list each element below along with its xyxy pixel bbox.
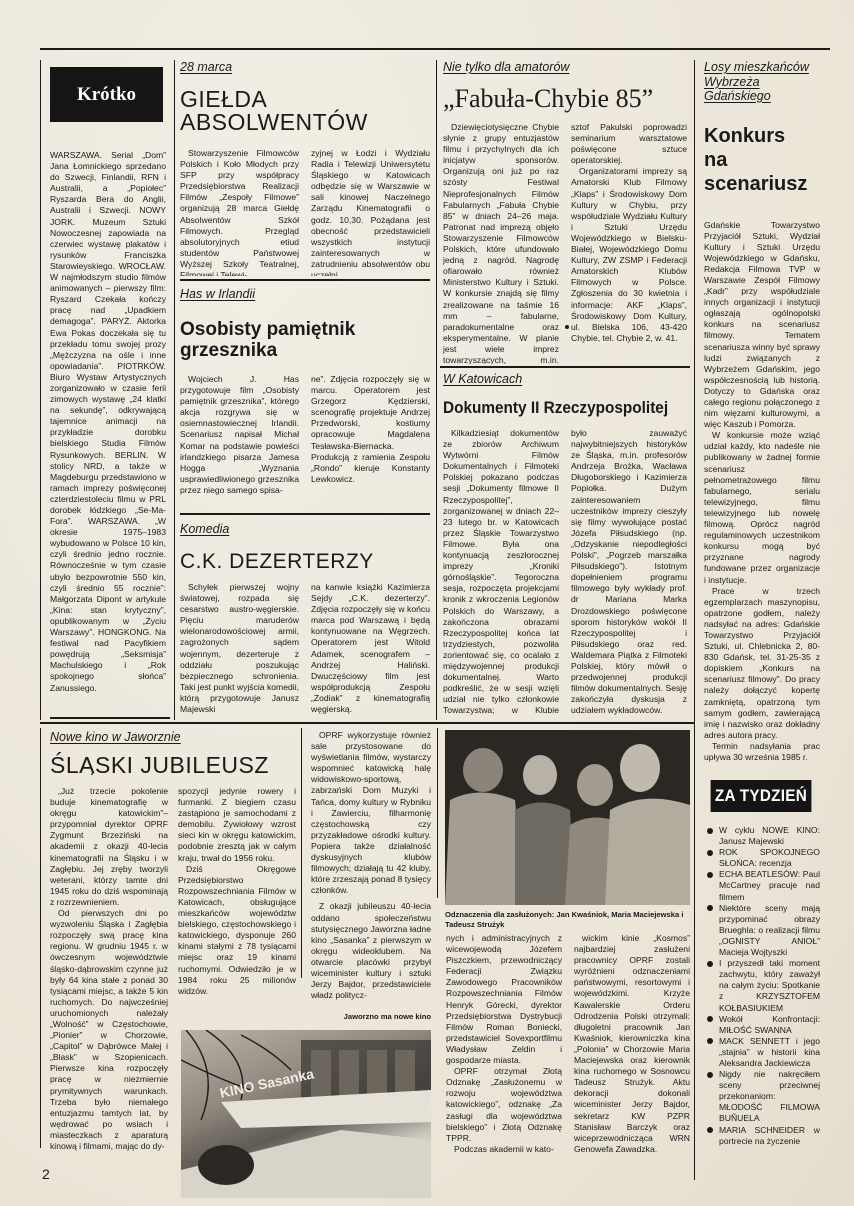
article-kicker: Nie tylko dla amatorów <box>443 60 687 74</box>
list-item: ECHA BEATLESÓW: Paul McCartney pracuje n… <box>706 869 820 902</box>
body-paragraph: „Już trzecie pokolenie buduje kinematogr… <box>50 786 168 908</box>
magazine-page: Krótko WARSZAWA. Serial „Dom” Jana Łomni… <box>0 0 854 1206</box>
body-column: Stowarzyszenie Filmowców Polskich i Koło… <box>180 148 299 276</box>
jubileusz-col2: spozycji jedynie rowery i furmanki. Z bi… <box>178 786 296 996</box>
column-divider <box>40 728 41 1148</box>
column-divider <box>40 60 41 720</box>
krotko-text: WARSZAWA. Serial „Dom” Jana Łomnickiego … <box>50 150 166 694</box>
photo-caption: Odznaczenia dla zasłużonych: Jan Kwaśnio… <box>445 910 690 929</box>
page-number: 2 <box>42 1166 50 1182</box>
bullet-dot <box>565 325 569 329</box>
za-tydzien-list: W cyklu NOWE KINO: Janusz Majewski ROK S… <box>706 825 820 1147</box>
list-item: MACK SENNETT i jego „stajnia” w historii… <box>706 1036 820 1069</box>
body-paragraph: Termin nadsyłania prac upływa 30 wrześni… <box>704 741 820 763</box>
body-paragraph: Dziś Okręgowe Przedsiębiorstwo Rozpowsze… <box>178 864 296 996</box>
article-title: „Fabuła-Chybie 85” <box>443 84 687 114</box>
title-line: grzesznika <box>180 340 277 361</box>
column-divider <box>301 728 302 978</box>
body-column: ne”. Zdjęcia rozpoczęły się w marcu. Ope… <box>311 374 430 485</box>
title-line: Konkurs <box>704 125 785 147</box>
body-paragraph: Gdańskie Towarzystwo Przyjaciół Sztuki, … <box>704 220 820 431</box>
section-rule <box>40 722 694 724</box>
section-rule <box>180 513 430 515</box>
kicker-line: Losy mieszkańców <box>704 60 809 74</box>
section-rule <box>50 717 170 719</box>
article-has: Has w Irlandii Osobisty pamiętnik grzesz… <box>180 287 430 511</box>
article-kicker: Nowe kino w Jaworznie <box>50 730 300 744</box>
body-paragraph: nych i administracyjnych z wicewojewodą … <box>446 933 562 1066</box>
za-tydzien-banner: ZA TYDZIEŃ <box>711 780 812 812</box>
article-kicker: Komedia <box>180 522 430 536</box>
krotko-banner: Krótko <box>50 67 163 122</box>
cinema-building-illustration: KINO Sasanka <box>181 1030 431 1198</box>
body-paragraph: OPRF otrzymał Złotą Odznakę „Zasłużonemu… <box>446 1066 562 1144</box>
article-title: Konkurs na scenariusz <box>704 124 820 196</box>
body-column: Schyłek pierwszej wojny światowej, rozpa… <box>180 582 299 715</box>
title-line: Osobisty pamiętnik <box>180 319 355 340</box>
article-jubileusz-header: Nowe kino w Jaworznie ŚLĄSKI JUBILEUSZ <box>50 730 300 775</box>
ceremony-illustration <box>445 730 690 905</box>
article-body: Wojciech J. Has przygotowuje film „Osobi… <box>180 374 430 496</box>
jubileusz-col3: OPRF wykorzystuje również sale przystoso… <box>311 730 431 1005</box>
article-kicker: Losy mieszkańców Wybrzeża Gdańskiego <box>704 60 820 104</box>
cinema-photo: KINO Sasanka <box>181 1030 431 1198</box>
za-tydzien-list-box: W cyklu NOWE KINO: Janusz Majewski ROK S… <box>706 825 820 1185</box>
body-column: Organizatorami imprezy są Amatorski Klub… <box>571 166 687 344</box>
body-column: było zauważyć najwybitniejszych historyk… <box>571 428 687 716</box>
article-kicker: Has w Irlandii <box>180 287 430 301</box>
body-column: Wojciech J. Has przygotowuje film „Osobi… <box>180 374 299 496</box>
list-item: ROK SPOKOJNEGO SŁOŃCA: recenzja <box>706 847 820 869</box>
jubileusz-col1: „Już trzecie pokolenie buduje kinematogr… <box>50 786 168 1166</box>
jubileusz-col4: nych i administracyjnych z wicewojewodą … <box>446 933 562 1193</box>
article-dokumenty: W Katowicach Dokumenty II Rzeczypospolit… <box>443 372 687 717</box>
jubileusz-col5: wickim kinie „Kosmos” najbardziej zasłuż… <box>574 933 690 1193</box>
body-column: Kilkadziesiąt dokumentów ze zbiorów Arch… <box>443 428 559 717</box>
title-line: scenariusz <box>704 173 807 195</box>
article-kicker: 28 marca <box>180 60 430 74</box>
body-column: sztof Pakulski poprowadzi seminarium war… <box>571 122 687 166</box>
body-paragraph: OPRF wykorzystuje również sale przystoso… <box>311 730 431 896</box>
list-item: W cyklu NOWE KINO: Janusz Majewski <box>706 825 820 847</box>
article-kicker: W Katowicach <box>443 372 687 386</box>
article-body: Gdańskie Towarzystwo Przyjaciół Sztuki, … <box>704 220 820 764</box>
za-tydzien-label: ZA TYDZIEŃ <box>715 786 807 806</box>
section-rule <box>180 279 430 281</box>
kicker-line: Wybrzeża <box>704 75 760 89</box>
body-paragraph: Od pierwszych dni po wyzwoleniu Śląska i… <box>50 908 168 1152</box>
column-divider <box>174 60 175 720</box>
title-line: ABSOLWENTÓW <box>180 109 368 135</box>
body-column: Dziewięciotysięczne Chybie słynie z grup… <box>443 122 559 364</box>
photo-caption: Jaworzno ma nowe kino <box>326 1012 431 1022</box>
body-paragraph: Prace w trzech egzemplarzach maszynopisu… <box>704 586 820 741</box>
article-title: GIEŁDA ABSOLWENTÓW <box>180 88 430 134</box>
body-paragraph: Z okazji jubileuszu 40-lecia oddano społ… <box>311 901 431 1001</box>
award-ceremony-photo <box>445 730 690 905</box>
article-title: Osobisty pamiętnik grzesznika <box>180 319 430 361</box>
body-paragraph: wickim kinie „Kosmos” najbardziej zasłuż… <box>574 933 690 1155</box>
article-fabula: Nie tylko dla amatorów „Fabuła-Chybie 85… <box>443 60 687 364</box>
article-body: Schyłek pierwszej wojny światowej, rozpa… <box>180 582 430 715</box>
column-divider <box>436 60 437 720</box>
cinema-sign: KINO Sasanka <box>218 1065 315 1101</box>
article-title: Dokumenty II Rzeczypospolitej <box>443 398 670 418</box>
body-paragraph: Podczas akademii w kato- <box>446 1144 562 1155</box>
body-paragraph: spozycji jedynie rowery i furmanki. Z bi… <box>178 786 296 864</box>
kicker-line: Gdańskiego <box>704 89 771 103</box>
title-line: na <box>704 149 727 171</box>
section-rule <box>440 366 690 368</box>
article-komedia: Komedia C.K. DEZERTERZY Schyłek pierwsze… <box>180 522 430 718</box>
article-title: ŚLĄSKI JUBILEUSZ <box>50 752 300 775</box>
body-column: zyjnej w Łodzi i Wydziału Radia i Telewi… <box>311 148 430 276</box>
article-gielda: 28 marca GIEŁDA ABSOLWENTÓW Stowarzyszen… <box>180 60 430 276</box>
top-rule <box>40 48 830 50</box>
article-title: C.K. DEZERTERZY <box>180 550 430 574</box>
article-body: Kilkadziesiąt dokumentów ze zbiorów Arch… <box>443 428 687 717</box>
body-column: na kanwie książki Kazimierza Sejdy „C.K.… <box>311 582 430 715</box>
krotko-paragraph: WARSZAWA. Serial „Dom” Jana Łomnickiego … <box>50 150 166 694</box>
list-item: Wokół Konfrontacji: MIŁOŚĆ SWANNA <box>706 1014 820 1036</box>
article-konkurs: Losy mieszkańców Wybrzeża Gdańskiego Kon… <box>704 60 820 775</box>
krotko-banner-label: Krótko <box>77 84 136 106</box>
body-paragraph: W konkursie może wziąć udział każdy, kto… <box>704 430 820 585</box>
list-item: Nigdy nie nakręciłem sceny przeciwnej pr… <box>706 1069 820 1124</box>
list-item: I przyszedł taki moment zachwytu, który … <box>706 958 820 1013</box>
list-item: Niektóre sceny mają przypominać obrazy B… <box>706 903 820 958</box>
column-divider <box>437 728 438 898</box>
list-item: MARIA SCHNEIDER w portrecie na życzenie <box>706 1125 820 1147</box>
article-body: Stowarzyszenie Filmowców Polskich i Koło… <box>180 148 430 276</box>
column-divider <box>694 60 695 1180</box>
